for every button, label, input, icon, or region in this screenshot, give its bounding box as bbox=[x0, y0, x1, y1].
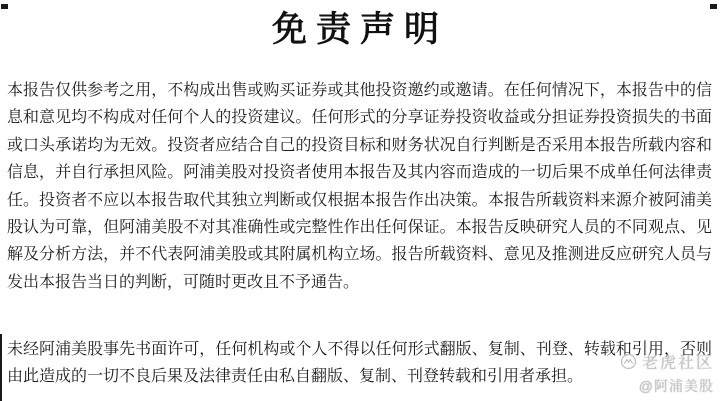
scan-artifact-top-right bbox=[710, 4, 717, 9]
paragraph-line: 解及分析方法，并不代表阿浦美股或其附属机构立场。报告所载资料、意见及推测进反应研… bbox=[7, 241, 712, 268]
watermark-handle: @阿浦美股 bbox=[639, 376, 714, 396]
paragraph-line: 息和意见均不构成对任何个人的投资建议。任何形式的分享证券投资收益或分担证券投资损… bbox=[7, 104, 712, 131]
paragraph-line: 由此造成的一切不良后果及法律责任由私自翻版、复制、刊登转载和引用者承担。 bbox=[7, 363, 712, 390]
tiger-logo-icon bbox=[620, 353, 637, 370]
paragraph-line: 本报告仅供参考之用，不构成出售或购买证券或其他投资邀约或邀请。在任何情况下，本报… bbox=[7, 77, 712, 104]
paragraph-line: 未经阿浦美股事先书面许可，任何机构或个人不得以任何形式翻版、复制、刊登、转载和引… bbox=[7, 336, 712, 363]
watermark-handle-label: @阿浦美股 bbox=[639, 376, 714, 396]
paragraph-line: 发出本报告当日的判断，可随时更改且不予通告。 bbox=[7, 269, 712, 296]
disclaimer-page: 免责声明 本报告仅供参考之用，不构成出售或购买证券或其他投资邀约或邀请。在任何情… bbox=[0, 0, 720, 401]
watermark-community-label: 老虎社区 bbox=[642, 350, 714, 373]
paragraph-line: 或口头承诺均为无效。投资者应结合自己的投资目标和财务状况自行判断是否采用本报告所… bbox=[7, 132, 712, 159]
paragraph-line: 股认为可靠，但阿浦美股不对其准确性或完整性作出任何保证。本报告反映研究人员的不同… bbox=[7, 214, 712, 241]
disclaimer-paragraph-1: 本报告仅供参考之用，不构成出售或购买证券或其他投资邀约或邀请。在任何情况下，本报… bbox=[7, 77, 712, 296]
page-title: 免责声明 bbox=[0, 6, 720, 54]
paragraph-line: 信息，并自行承担风险。阿浦美股对投资者使用本报告及其内容而造成的一切后果不成单任… bbox=[7, 159, 712, 186]
scan-artifact-top-left bbox=[1, 4, 8, 9]
disclaimer-paragraph-2: 未经阿浦美股事先书面许可，任何机构或个人不得以任何形式翻版、复制、刊登、转载和引… bbox=[7, 336, 712, 391]
scan-artifact-left-edge bbox=[0, 334, 2, 401]
watermark-community: 老虎社区 bbox=[620, 350, 714, 373]
paragraph-line: 任。投资者不应以本报告取代其独立判断或仅根据本报告作出决策。本报告所载资料来源介… bbox=[7, 187, 712, 214]
